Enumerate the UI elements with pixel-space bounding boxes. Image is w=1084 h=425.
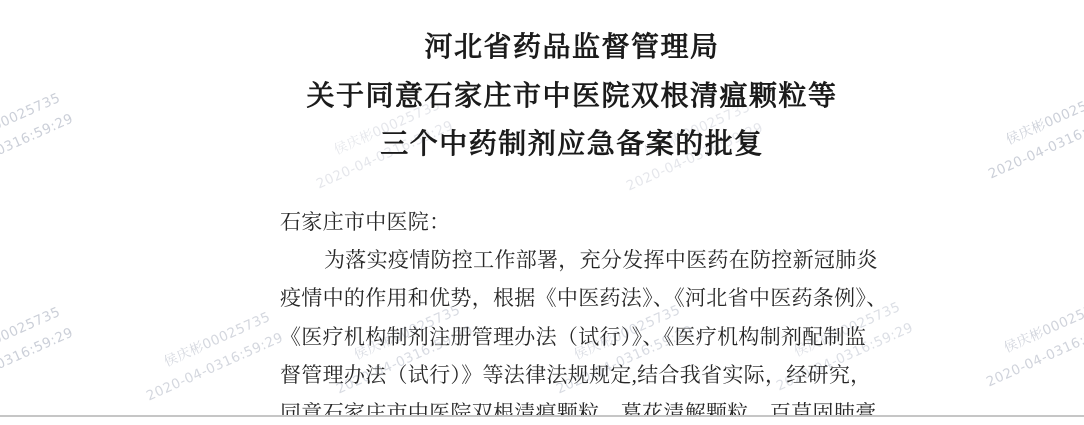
salutation: 石家庄市中医院： [280, 203, 910, 241]
document-title: 河北省药品监督管理局 关于同意石家庄市中医院双根清瘟颗粒等 三个中药制剂应急备案… [242, 24, 902, 170]
page-bottom-edge [0, 417, 1084, 425]
document-text-layer: 河北省药品监督管理局 关于同意石家庄市中医院双根清瘟颗粒等 三个中药制剂应急备案… [0, 0, 1084, 415]
page-content-area: 侯庆彬000257352020-04-0316:59:29侯庆彬00025735… [0, 0, 1084, 417]
body-line: 《医疗机构制剂注册管理办法（试行）》、《医疗机构制剂配制监 [280, 318, 910, 356]
title-line-3: 三个中药制剂应急备案的批复 [242, 121, 902, 170]
title-line-1: 河北省药品监督管理局 [242, 24, 902, 73]
body-line-clipped: 同意石家庄市中医院双根清瘟颗粒、葛花清解颗粒、百草固肺膏 [280, 394, 910, 417]
title-line-2: 关于同意石家庄市中医院双根清瘟颗粒等 [242, 73, 902, 122]
body-line: 督管理办法（试行）》等法律法规规定,结合我省实际，经研究， [280, 356, 910, 394]
document-page: 侯庆彬000257352020-04-0316:59:29侯庆彬00025735… [0, 0, 1084, 425]
body-line: 为落实疫情防控工作部署，充分发挥中医药在防控新冠肺炎 [280, 241, 910, 279]
document-body: 石家庄市中医院： 为落实疫情防控工作部署，充分发挥中医药在防控新冠肺炎 疫情中的… [280, 203, 910, 417]
body-line: 疫情中的作用和优势，根据《中医药法》、《河北省中医药条例》、 [280, 279, 910, 317]
